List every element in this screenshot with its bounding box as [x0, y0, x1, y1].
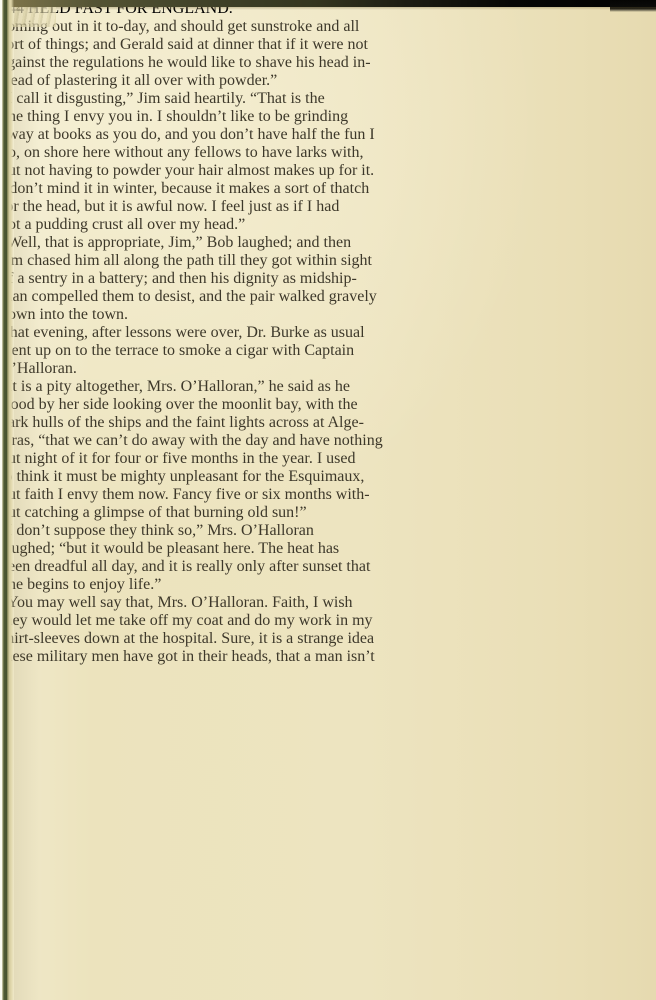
text-line: for the head, but it is awful now. I fee…: [0, 198, 656, 216]
text-line: coming out in it to-day, and should get …: [0, 18, 656, 36]
text-line: “I don’t suppose they think so,” Mrs. O’…: [0, 522, 656, 540]
text-line: Jim chased him all along the path till t…: [0, 252, 656, 270]
scan-top-right-edge: [610, 0, 656, 12]
text-line: these military men have got in their hea…: [0, 648, 656, 666]
text-line: dark hulls of the ships and the faint li…: [0, 414, 656, 432]
text-line: shirt-sleeves down at the hospital. Sure…: [0, 630, 656, 648]
text-line: been dreadful all day, and it is really …: [0, 558, 656, 576]
text-line: do, on shore here without any fellows to…: [0, 144, 656, 162]
text-line: “Well, that is appropriate, Jim,” Bob la…: [0, 234, 656, 252]
text-line: got a pudding crust all over my head.”: [0, 216, 656, 234]
text-line: “You may well say that, Mrs. O’Halloran.…: [0, 594, 656, 612]
text-line: “It is a pity altogether, Mrs. O’Hallora…: [0, 378, 656, 396]
text-line: but night of it for four or five months …: [0, 450, 656, 468]
text-line: ciras, “that we can’t do away with the d…: [0, 432, 656, 450]
text-line: sort of things; and Gerald said at dinne…: [0, 36, 656, 54]
text-line: O’Halloran.: [0, 360, 656, 378]
text-line: but faith I envy them now. Fancy five or…: [0, 486, 656, 504]
text-line: of a sentry in a battery; and then his d…: [0, 270, 656, 288]
text-line: one thing I envy you in. I shouldn’t lik…: [0, 108, 656, 126]
text-line: to think it must be mighty unpleasant fo…: [0, 468, 656, 486]
text-line: but not having to powder your hair almos…: [0, 162, 656, 180]
book-page-scan: 144 HELD FAST FOR ENGLAND. coming out in…: [0, 0, 656, 1000]
text-line: against the regulations he would like to…: [0, 54, 656, 72]
text-line: That evening, after lessons were over, D…: [0, 324, 656, 342]
text-line: they would let me take off my coat and d…: [0, 612, 656, 630]
book-gutter-edge: [0, 0, 14, 1000]
text-line: stood by her side looking over the moonl…: [0, 396, 656, 414]
page-body: coming out in it to-day, and should get …: [0, 18, 656, 666]
text-line: man compelled them to desist, and the pa…: [0, 288, 656, 306]
scan-top-edge: [0, 0, 656, 7]
text-line: laughed; “but it would be pleasant here.…: [0, 540, 656, 558]
text-line: one begins to enjoy life.”: [0, 576, 656, 594]
text-line: went up on to the terrace to smoke a cig…: [0, 342, 656, 360]
text-line: stead of plastering it all over with pow…: [0, 72, 656, 90]
scan-bottom-edge: [0, 991, 656, 1000]
text-line: “I call it disgusting,” Jim said heartil…: [0, 90, 656, 108]
scan-top-edge-shadow: [0, 7, 656, 10]
text-line: down into the town.: [0, 306, 656, 324]
text-line: I don’t mind it in winter, because it ma…: [0, 180, 656, 198]
gutter-shadow: [14, 0, 40, 1000]
text-line: out catching a glimpse of that burning o…: [0, 504, 656, 522]
text-line: away at books as you do, and you don’t h…: [0, 126, 656, 144]
